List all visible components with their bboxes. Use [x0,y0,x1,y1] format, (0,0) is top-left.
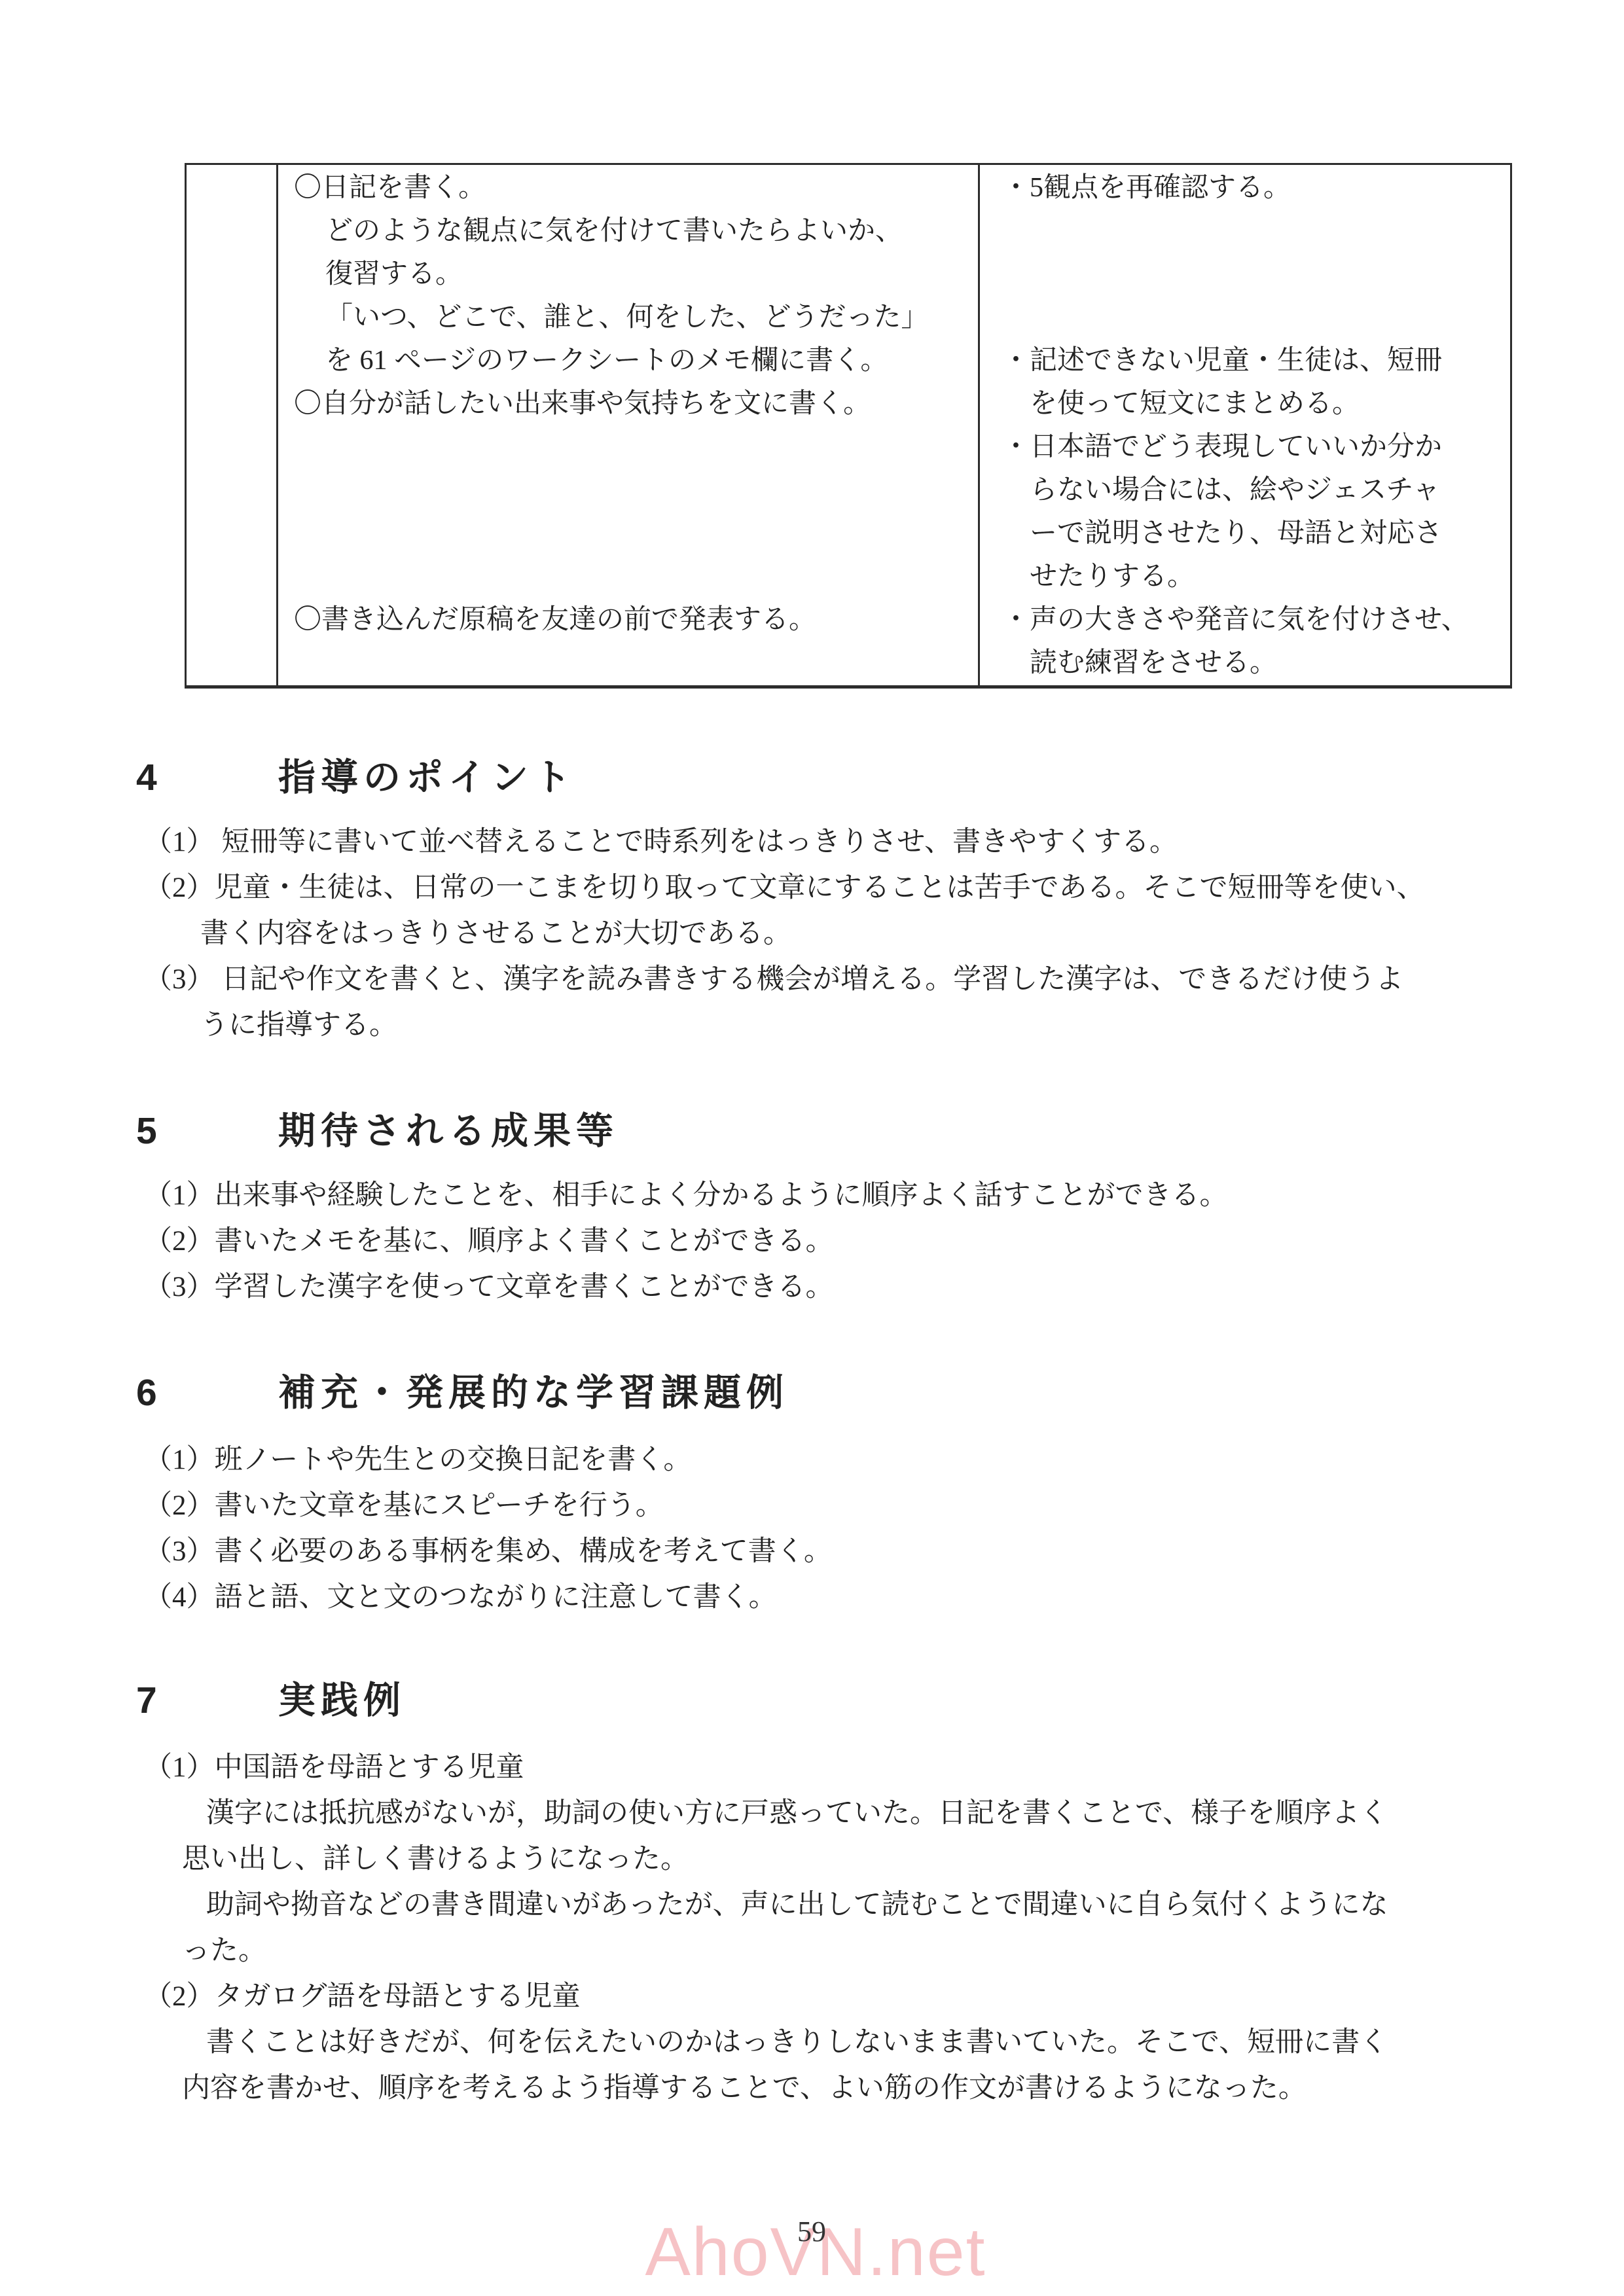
note-line: 読む練習をさせる。 [1030,645,1277,681]
section-text-line: 漢字には抵抗感がないが，助詞の使い方に戸惑っていた。日記を書くことで、様子を順序… [206,1791,1388,1837]
section-text-line: （1）中国語を母語とする児童 [144,1745,1388,1791]
section-heading: 6補充・発展的な学習課題例 [136,1372,789,1414]
section-text-line: （1）出来事や経験したことを、相手によく分かるように順序よく話すことができる。 [144,1173,1228,1219]
section-text-line: 思い出し、詳しく書けるようになった。 [182,1837,1388,1882]
note-line: ーで説明させたり、母語と対応さ [1030,516,1442,551]
section-body: （1） 短冊等に書いて並べ替えることで時系列をはっきりさせ、書きやすくする。 （… [144,819,1425,1049]
section-number: 4 [136,757,278,798]
table-col-notes: ・5観点を再確認する。 ・記述できない児童・生徒は、短冊 を使って短文にまとめる… [980,165,1510,685]
section-text-line: （1） 短冊等に書いて並べ替えることで時系列をはっきりさせ、書きやすくする。 [144,819,1425,865]
section-number: 6 [136,1372,278,1414]
activity-line: 「いつ、どこで、誰と、何をした、どうだった」 [325,300,928,335]
section-text-line: （3）学習した漢字を使って文章を書くことができる。 [144,1265,1228,1310]
note-line: ・日本語でどう表現していいか分か [1002,429,1442,465]
activity-line: を 61 ページのワークシートのメモ欄に書く。 [325,343,888,378]
section-title: 期待される成果等 [278,1110,619,1152]
activity-line: どのような観点に気を付けて書いたらよいか、 [325,213,903,249]
note-line: ・5観点を再確認する。 [1002,170,1291,206]
section-number: 7 [136,1679,278,1721]
section-text-line: （2）書いた文章を基にスピーチを行う。 [144,1483,832,1529]
section-text-line: 書くことは好きだが、何を伝えたいのかはっきりしないまま書いていた。そこで、短冊に… [206,2020,1388,2066]
note-line: せたりする。 [1030,559,1195,594]
section-heading: 5期待される成果等 [136,1110,619,1152]
note-line: を使って短文にまとめる。 [1030,386,1360,422]
section-text-line: （3） 日記や作文を書くと、漢字を読み書きする機会が増える。学習した漢字は、でき… [144,957,1425,1003]
page-number: 59 [797,2215,826,2249]
section-number: 5 [136,1110,278,1152]
section-text-line: 助詞や拗音などの書き間違いがあったが、声に出して読むことで間違いに自ら気付くよう… [206,1882,1388,1928]
section-heading: 7実践例 [136,1679,406,1721]
activity-line: 復習する。 [325,257,463,292]
section-heading: 4指導のポイント [136,757,576,798]
section-body: （1）班ノートや先生との交換日記を書く。 （2）書いた文章を基にスピーチを行う。… [144,1437,832,1621]
activity-line: 〇自分が話したい出来事や気持ちを文に書く。 [294,386,871,422]
table-col-stage [187,165,278,685]
section-text-line: った。 [182,1928,1388,1974]
section-text-line: （4）語と語、文と文のつながりに注意して書く。 [144,1575,832,1621]
section-text-line: うに指導する。 [200,1003,1425,1049]
section-body: （1）中国語を母語とする児童 漢字には抵抗感がないが，助詞の使い方に戸惑っていた… [144,1745,1388,2111]
section-text-line: （3）書く必要のある事柄を集め、構成を考えて書く。 [144,1529,832,1575]
section-text-line: （2）児童・生徒は、日常の一こまを切り取って文章にすることは苦手である。そこで短… [144,865,1425,911]
lesson-plan-table: 〇日記を書く。 どのような観点に気を付けて書いたらよいか、 復習する。 「いつ、… [185,163,1512,689]
section-body: （1）出来事や経験したことを、相手によく分かるように順序よく話すことができる。 … [144,1173,1228,1310]
section-title: 指導のポイント [278,757,576,798]
section-text-line: （1）班ノートや先生との交換日記を書く。 [144,1437,832,1483]
activity-line: 〇書き込んだ原稿を友達の前で発表する。 [294,602,816,637]
section-title: 補充・発展的な学習課題例 [278,1372,789,1414]
section-title: 実践例 [278,1679,406,1721]
section-text-line: （2）書いたメモを基に、順序よく書くことができる。 [144,1219,1228,1265]
section-text-line: 書く内容をはっきりさせることが大切である。 [200,911,1425,957]
section-text-line: （2）タガログ語を母語とする児童 [144,1974,1388,2020]
note-line: らない場合には、絵やジェスチャ [1030,473,1440,508]
note-line: ・声の大きさや発音に気を付けさせ、 [1002,602,1469,637]
section-text-line: 内容を書かせ、順序を考えるよう指導することで、よい筋の作文が書けるようになった。 [182,2066,1388,2111]
activity-line: 〇日記を書く。 [294,170,486,206]
note-line: ・記述できない児童・生徒は、短冊 [1002,343,1442,378]
table-col-activities: 〇日記を書く。 どのような観点に気を付けて書いたらよいか、 復習する。 「いつ、… [278,165,980,685]
